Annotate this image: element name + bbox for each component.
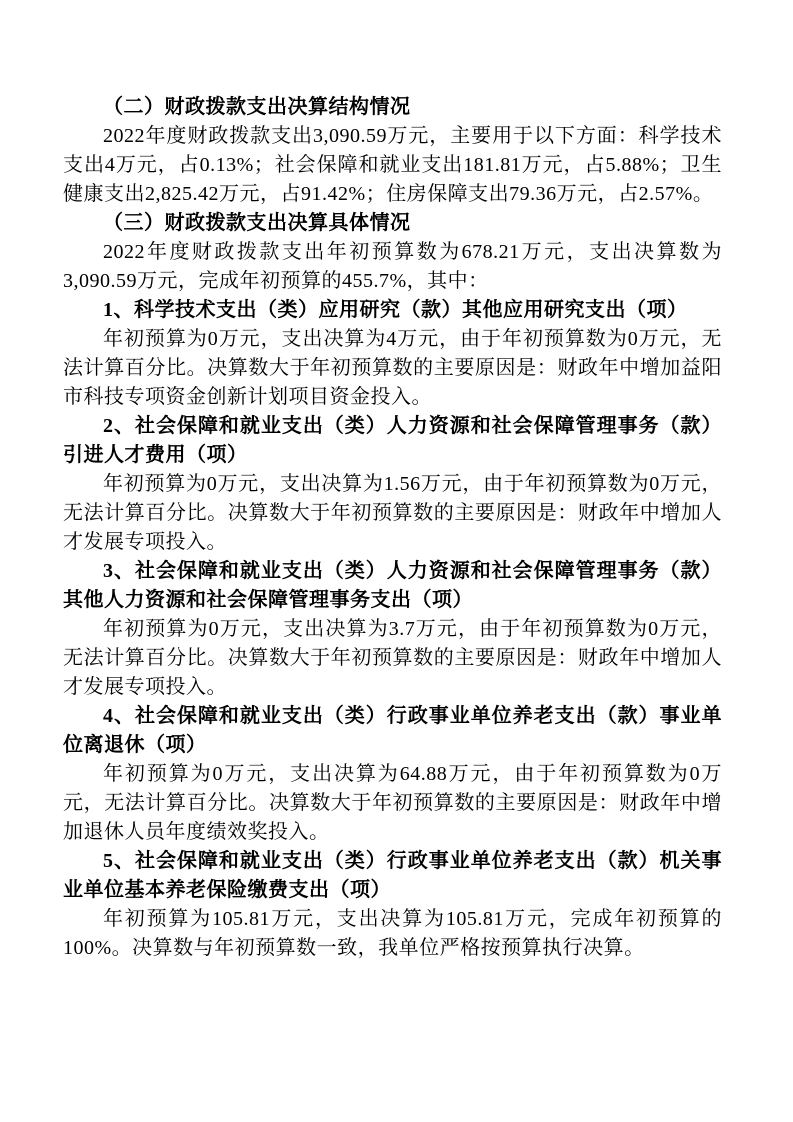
item-heading-2-talent-introduction: 2、社会保障和就业支出（类）人力资源和社会保障管理事务（款）引进人才费用（项） xyxy=(63,412,722,470)
section-heading-fiscal-expenditure-structure: （二）财政拨款支出决算结构情况 xyxy=(63,93,722,122)
paragraph-item-1-detail: 年初预算为0万元，支出决算为4万元，由于年初预算数为0万元，无法计算百分比。决算… xyxy=(63,325,722,412)
item-heading-4-retirement: 4、社会保障和就业支出（类）行政事业单位养老支出（款）事业单位离退休（项） xyxy=(63,702,722,760)
document-page: （二）财政拨款支出决算结构情况 2022年度财政拨款支出3,090.59万元，主… xyxy=(0,0,793,1122)
paragraph-item-2-detail: 年初预算为0万元，支出决算为1.56万元，由于年初预算数为0万元，无法计算百分比… xyxy=(63,470,722,557)
item-heading-1-science-technology: 1、科学技术支出（类）应用研究（款）其他应用研究支出（项） xyxy=(63,296,722,325)
paragraph-item-3-detail: 年初预算为0万元，支出决算为3.7万元，由于年初预算数为0万元，无法计算百分比。… xyxy=(63,615,722,702)
paragraph-expenditure-detail-intro: 2022年度财政拨款支出年初预算数为678.21万元，支出决算数为3,090.5… xyxy=(63,238,722,296)
paragraph-item-5-detail: 年初预算为105.81万元，支出决算为105.81万元，完成年初预算的100%。… xyxy=(63,905,722,963)
item-heading-5-pension-insurance: 5、社会保障和就业支出（类）行政事业单位养老支出（款）机关事业单位基本养老保险缴… xyxy=(63,847,722,905)
item-heading-3-other-hr-social-security: 3、社会保障和就业支出（类）人力资源和社会保障管理事务（款）其他人力资源和社会保… xyxy=(63,557,722,615)
section-heading-fiscal-expenditure-detail: （三）财政拨款支出决算具体情况 xyxy=(63,209,722,238)
paragraph-expenditure-structure: 2022年度财政拨款支出3,090.59万元，主要用于以下方面：科学技术支出4万… xyxy=(63,122,722,209)
paragraph-item-4-detail: 年初预算为0万元，支出决算为64.88万元，由于年初预算数为0万元，无法计算百分… xyxy=(63,760,722,847)
